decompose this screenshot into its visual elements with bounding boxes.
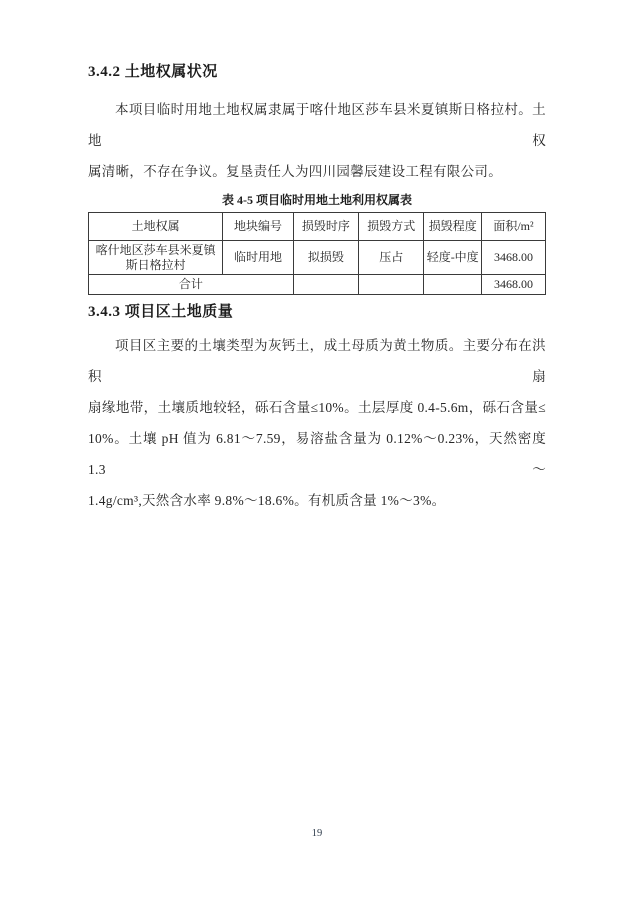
table-cell-damage-mode: 压占: [359, 241, 424, 275]
paragraph-land-quality: 项目区主要的土壤类型为灰钙土，成土母质为黄土物质。主要分布在洪积扇扇缘地带，土壤…: [88, 330, 546, 516]
table-cell-total-area: 3468.00: [481, 275, 545, 295]
document-page: 3.4.2 土地权属状况 本项目临时用地土地权属隶属于喀什地区莎车县米夏镇斯日格…: [0, 0, 634, 897]
table-header-cell-damage-degree: 损毁程度: [424, 213, 482, 241]
paragraph-line: 项目区主要的土壤类型为灰钙土，成土母质为黄土物质。主要分布在洪积扇: [88, 330, 546, 392]
table-row: 喀什地区莎车县米夏镇斯日格拉村 临时用地 拟损毁 压占 轻度-中度 3468.0…: [89, 241, 546, 275]
table-caption: 表 4-5 项目临时用地土地利用权属表: [88, 190, 546, 210]
section-heading-343: 3.4.3 项目区土地质量: [88, 300, 546, 324]
table-cell-empty: [293, 275, 358, 295]
table-header-row: 土地权属 地块编号 损毁时序 损毁方式 损毁程度 面积/m²: [89, 213, 546, 241]
table-cell-empty: [424, 275, 482, 295]
table-cell-ownership: 喀什地区莎车县米夏镇斯日格拉村: [89, 241, 223, 275]
table-header-cell-damage-mode: 损毁方式: [359, 213, 424, 241]
paragraph-line: 1.4g/cm³,天然含水率 9.8%～18.6%。有机质含量 1%～3%。: [88, 485, 546, 516]
paragraph-line: 10%。土壤 pH 值为 6.81～7.59，易溶盐含量为 0.12%～0.23…: [88, 423, 546, 485]
table-cell-empty: [359, 275, 424, 295]
section-heading-342: 3.4.2 土地权属状况: [88, 60, 546, 84]
page-content: 3.4.2 土地权属状况 本项目临时用地土地权属隶属于喀什地区莎车县米夏镇斯日格…: [88, 60, 546, 516]
table-header-cell-parcel-no: 地块编号: [223, 213, 293, 241]
paragraph-line: 属清晰，不存在争议。复垦责任人为四川园馨辰建设工程有限公司。: [88, 156, 546, 187]
table-cell-damage-degree: 轻度-中度: [424, 241, 482, 275]
table-cell-area: 3468.00: [481, 241, 545, 275]
table-header-cell-ownership: 土地权属: [89, 213, 223, 241]
table-cell-parcel-no: 临时用地: [223, 241, 293, 275]
paragraph-land-ownership: 本项目临时用地土地权属隶属于喀什地区莎车县米夏镇斯日格拉村。土地权属清晰，不存在…: [88, 94, 546, 187]
table-header-cell-damage-sequence: 损毁时序: [293, 213, 358, 241]
table-cell-total-label: 合计: [89, 275, 294, 295]
page-number: 19: [0, 828, 634, 839]
table-cell-damage-sequence: 拟损毁: [293, 241, 358, 275]
land-ownership-table: 土地权属 地块编号 损毁时序 损毁方式 损毁程度 面积/m² 喀什地区莎车县米夏…: [88, 212, 546, 295]
table-total-row: 合计 3468.00: [89, 275, 546, 295]
paragraph-line: 扇缘地带，土壤质地较轻，砾石含量≤10%。土层厚度 0.4-5.6m，砾石含量≤: [88, 392, 546, 423]
table-header-cell-area: 面积/m²: [481, 213, 545, 241]
paragraph-line: 本项目临时用地土地权属隶属于喀什地区莎车县米夏镇斯日格拉村。土地权: [88, 94, 546, 156]
